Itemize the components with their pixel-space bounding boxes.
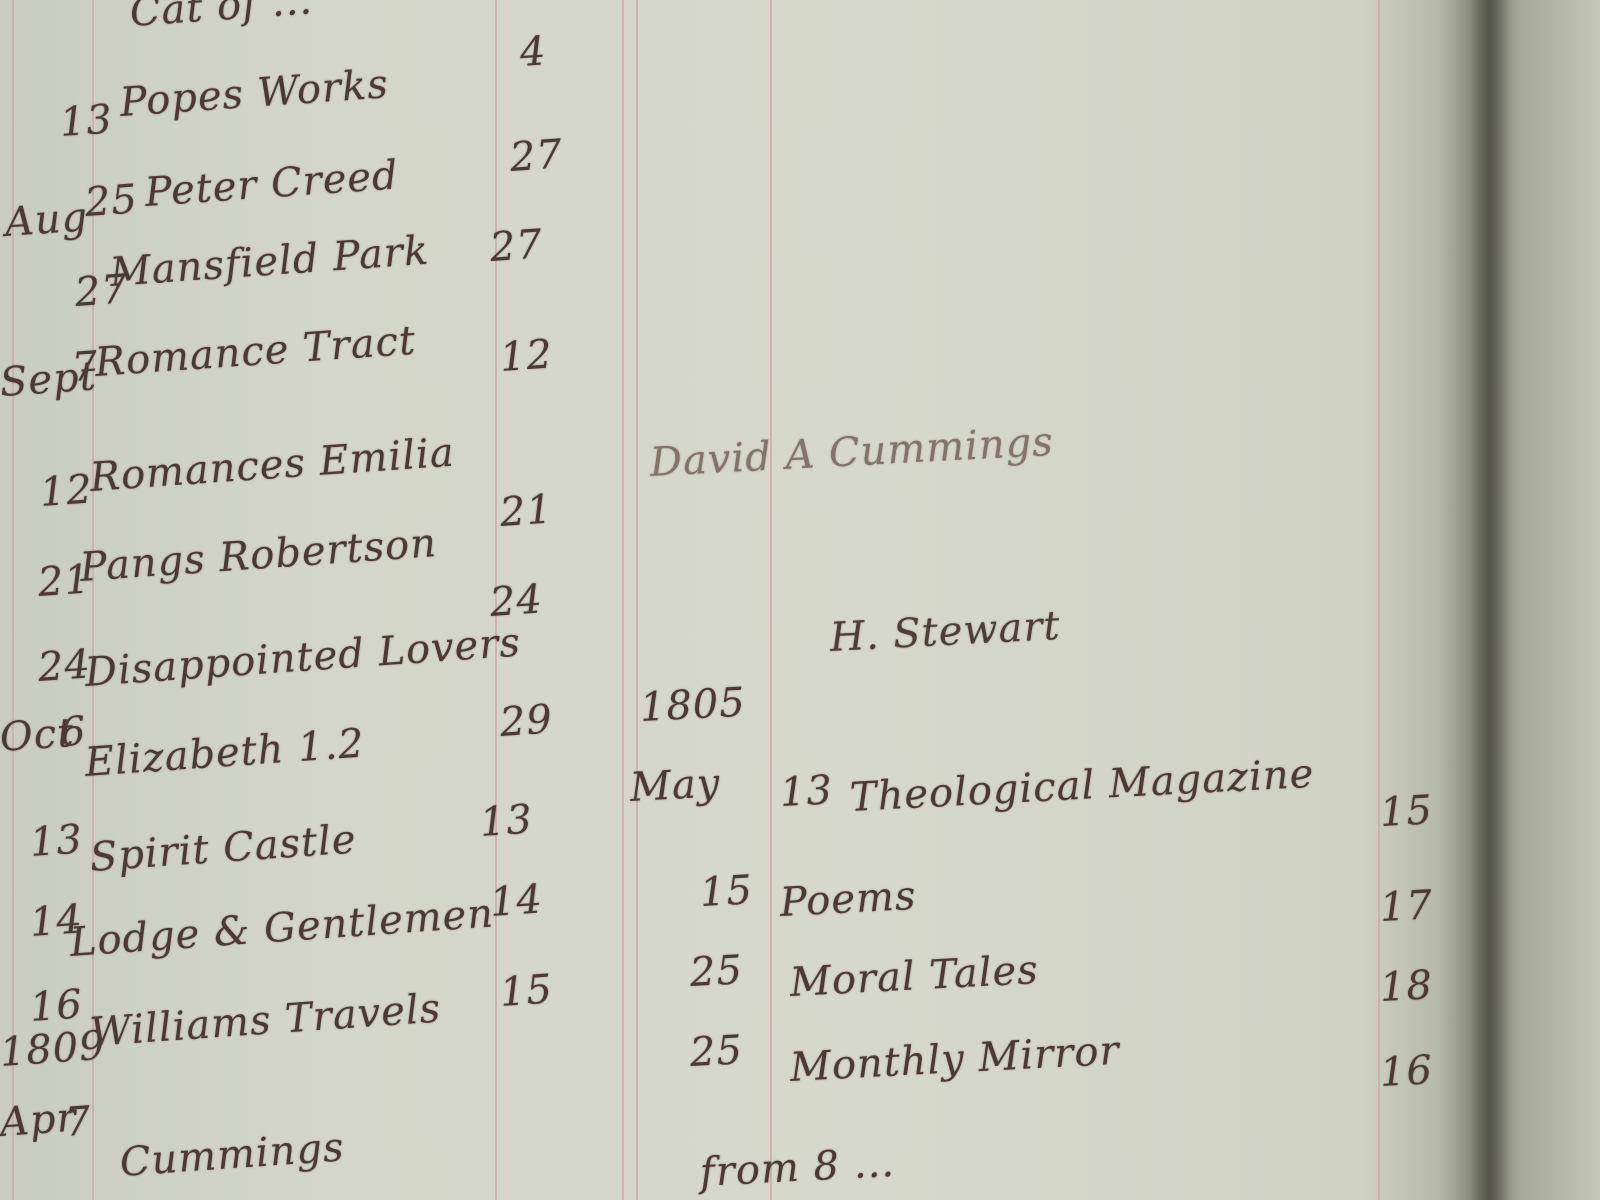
- ledger-page: Cat of ... 13 Popes Works 4 Aug 25 Peter…: [0, 0, 1600, 1200]
- entry-amount: 29: [498, 696, 554, 746]
- entry-description: Moral Tales: [789, 947, 1040, 1006]
- entry-year: 1809: [0, 1023, 107, 1076]
- entry-description: Cat of ...: [128, 0, 314, 36]
- entry-day: 15: [699, 867, 754, 916]
- entry-amount: 21: [498, 486, 554, 536]
- date-column-rule-right: [770, 0, 772, 1200]
- entry-day: 25: [689, 1027, 744, 1076]
- book-gutter: [1470, 0, 1510, 1200]
- entry-year: 1805: [639, 679, 747, 730]
- entry-description: Williams Travels: [88, 986, 442, 1056]
- account-subheading: H. Stewart: [829, 603, 1062, 661]
- entry-description: Theological Magazine: [849, 751, 1316, 821]
- entry-day: 25: [689, 947, 744, 996]
- column-divider-rule-2: [636, 0, 638, 1200]
- entry-description: Elizabeth 1.2: [83, 721, 366, 786]
- entry-amount: 15: [498, 966, 554, 1016]
- entry-amount: 27: [488, 221, 544, 271]
- entry-amount: 12: [498, 331, 554, 381]
- entry-amount: 15: [1379, 787, 1434, 836]
- entry-month: Aug: [3, 194, 89, 246]
- entry-description: Cummings: [118, 1124, 346, 1186]
- amount-column-rule-right: [1378, 0, 1380, 1200]
- entry-description: Poems: [779, 873, 918, 926]
- entry-day: 7: [63, 1098, 93, 1146]
- entry-description: Lodge & Gentlemen: [68, 890, 495, 966]
- entry-amount: 13: [478, 796, 534, 846]
- entry-amount: 4: [518, 28, 548, 76]
- entry-day: 13: [28, 816, 84, 866]
- entry-description: Romances Emilia: [88, 430, 456, 501]
- entry-amount: 16: [1379, 1047, 1434, 1096]
- margin-rule: [12, 0, 14, 1200]
- entry-description: Monthly Mirror: [789, 1028, 1121, 1091]
- entry-amount: 14: [488, 876, 544, 926]
- entry-description: Pangs Robertson: [78, 520, 438, 591]
- entry-description: Disappointed Lovers: [83, 620, 522, 696]
- entry-day: 25: [83, 176, 139, 226]
- entry-day: 12: [38, 466, 94, 516]
- entry-day: 13: [58, 96, 114, 146]
- entry-description: Spirit Castle: [88, 816, 358, 881]
- entry-amount: 17: [1379, 882, 1434, 931]
- entry-amount: 18: [1379, 962, 1434, 1011]
- entry-day: 13: [779, 767, 834, 816]
- entry-description: Peter Creed: [143, 152, 400, 216]
- entry-description: Popes Works: [118, 61, 390, 126]
- entry-description: Mansfield Park: [108, 228, 430, 296]
- entry-day: 16: [28, 981, 84, 1031]
- entry-month: May: [629, 760, 722, 811]
- entry-amount: 24: [488, 576, 544, 626]
- entry-description: Romance Tract: [93, 318, 417, 386]
- entry-amount: 27: [508, 131, 564, 181]
- account-heading: David A Cummings: [649, 419, 1055, 486]
- footer-note: from 8 ...: [699, 1140, 896, 1196]
- column-divider-rule: [622, 0, 624, 1200]
